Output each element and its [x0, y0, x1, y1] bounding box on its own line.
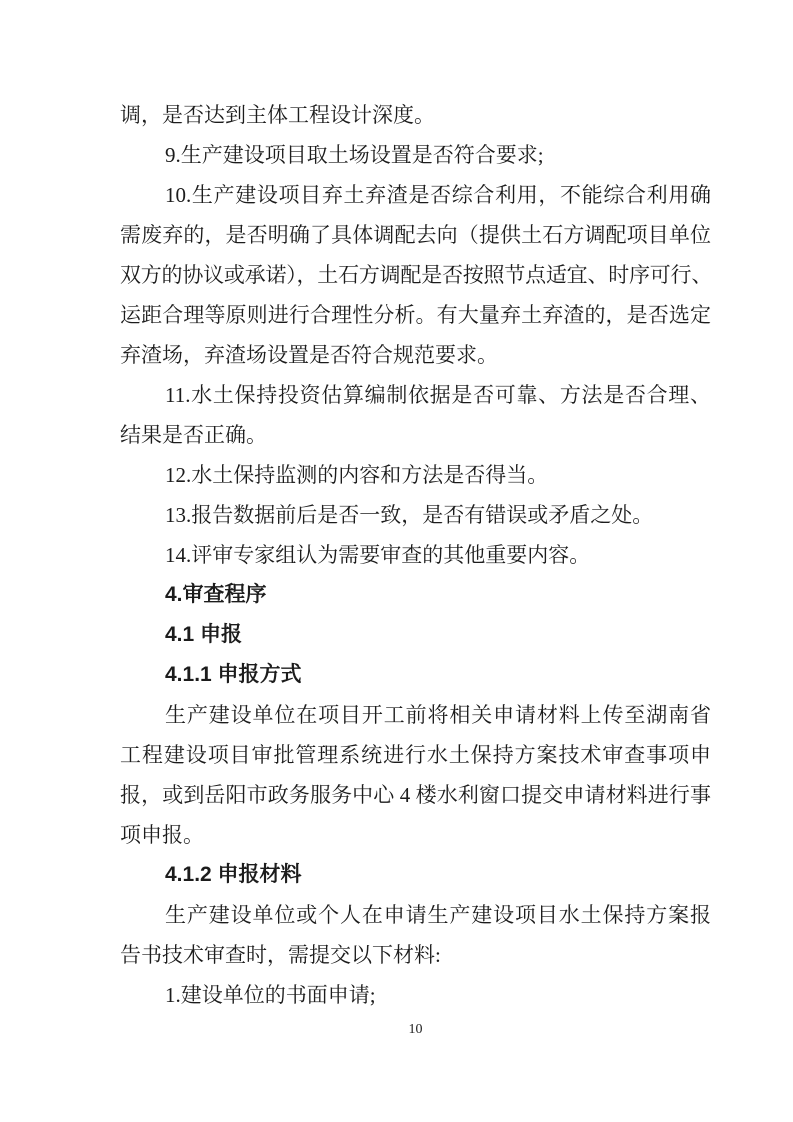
section-heading-review-procedure: 4.审查程序 [120, 575, 711, 615]
body-line: 需废弃的，是否明确了具体调配去向（提供土石方调配项目单位 [120, 215, 711, 255]
section-heading-declaration: 4.1 申报 [120, 615, 711, 655]
body-line: 告书技术审查时，需提交以下材料: [120, 935, 711, 975]
body-line: 结果是否正确。 [120, 415, 711, 455]
section-heading-declaration-materials: 4.1.2 申报材料 [120, 855, 711, 895]
body-line: 1.建设单位的书面申请; [120, 975, 711, 1015]
document-page: 调，是否达到主体工程设计深度。 9.生产建设项目取土场设置是否符合要求; 10.… [0, 0, 793, 1122]
body-line: 生产建设单位或个人在申请生产建设项目水土保持方案报 [120, 895, 711, 935]
section-heading-declaration-method: 4.1.1 申报方式 [120, 655, 711, 695]
body-line: 生产建设单位在项目开工前将相关申请材料上传至湖南省 [120, 695, 711, 735]
body-line: 双方的协议或承诺），土石方调配是否按照节点适宜、时序可行、 [120, 255, 711, 295]
body-line: 9.生产建设项目取土场设置是否符合要求; [120, 135, 711, 175]
body-line: 10.生产建设项目弃土弃渣是否综合利用，不能综合利用确 [120, 175, 711, 215]
body-line: 报，或到岳阳市政务服务中心 4 楼水利窗口提交申请材料进行事 [120, 775, 711, 815]
body-line: 项申报。 [120, 815, 711, 855]
body-line: 12.水土保持监测的内容和方法是否得当。 [120, 455, 711, 495]
body-line: 弃渣场，弃渣场设置是否符合规范要求。 [120, 335, 711, 375]
body-line: 11.水土保持投资估算编制依据是否可靠、方法是否合理、 [120, 375, 711, 415]
body-line: 调，是否达到主体工程设计深度。 [120, 95, 711, 135]
page-number: 10 [120, 1022, 711, 1038]
body-line: 运距合理等原则进行合理性分析。有大量弃土弃渣的，是否选定 [120, 295, 711, 335]
document-body: 调，是否达到主体工程设计深度。 9.生产建设项目取土场设置是否符合要求; 10.… [120, 95, 711, 1015]
body-line: 工程建设项目审批管理系统进行水土保持方案技术审查事项申 [120, 735, 711, 775]
body-line: 13.报告数据前后是否一致，是否有错误或矛盾之处。 [120, 495, 711, 535]
body-line: 14.评审专家组认为需要审查的其他重要内容。 [120, 535, 711, 575]
